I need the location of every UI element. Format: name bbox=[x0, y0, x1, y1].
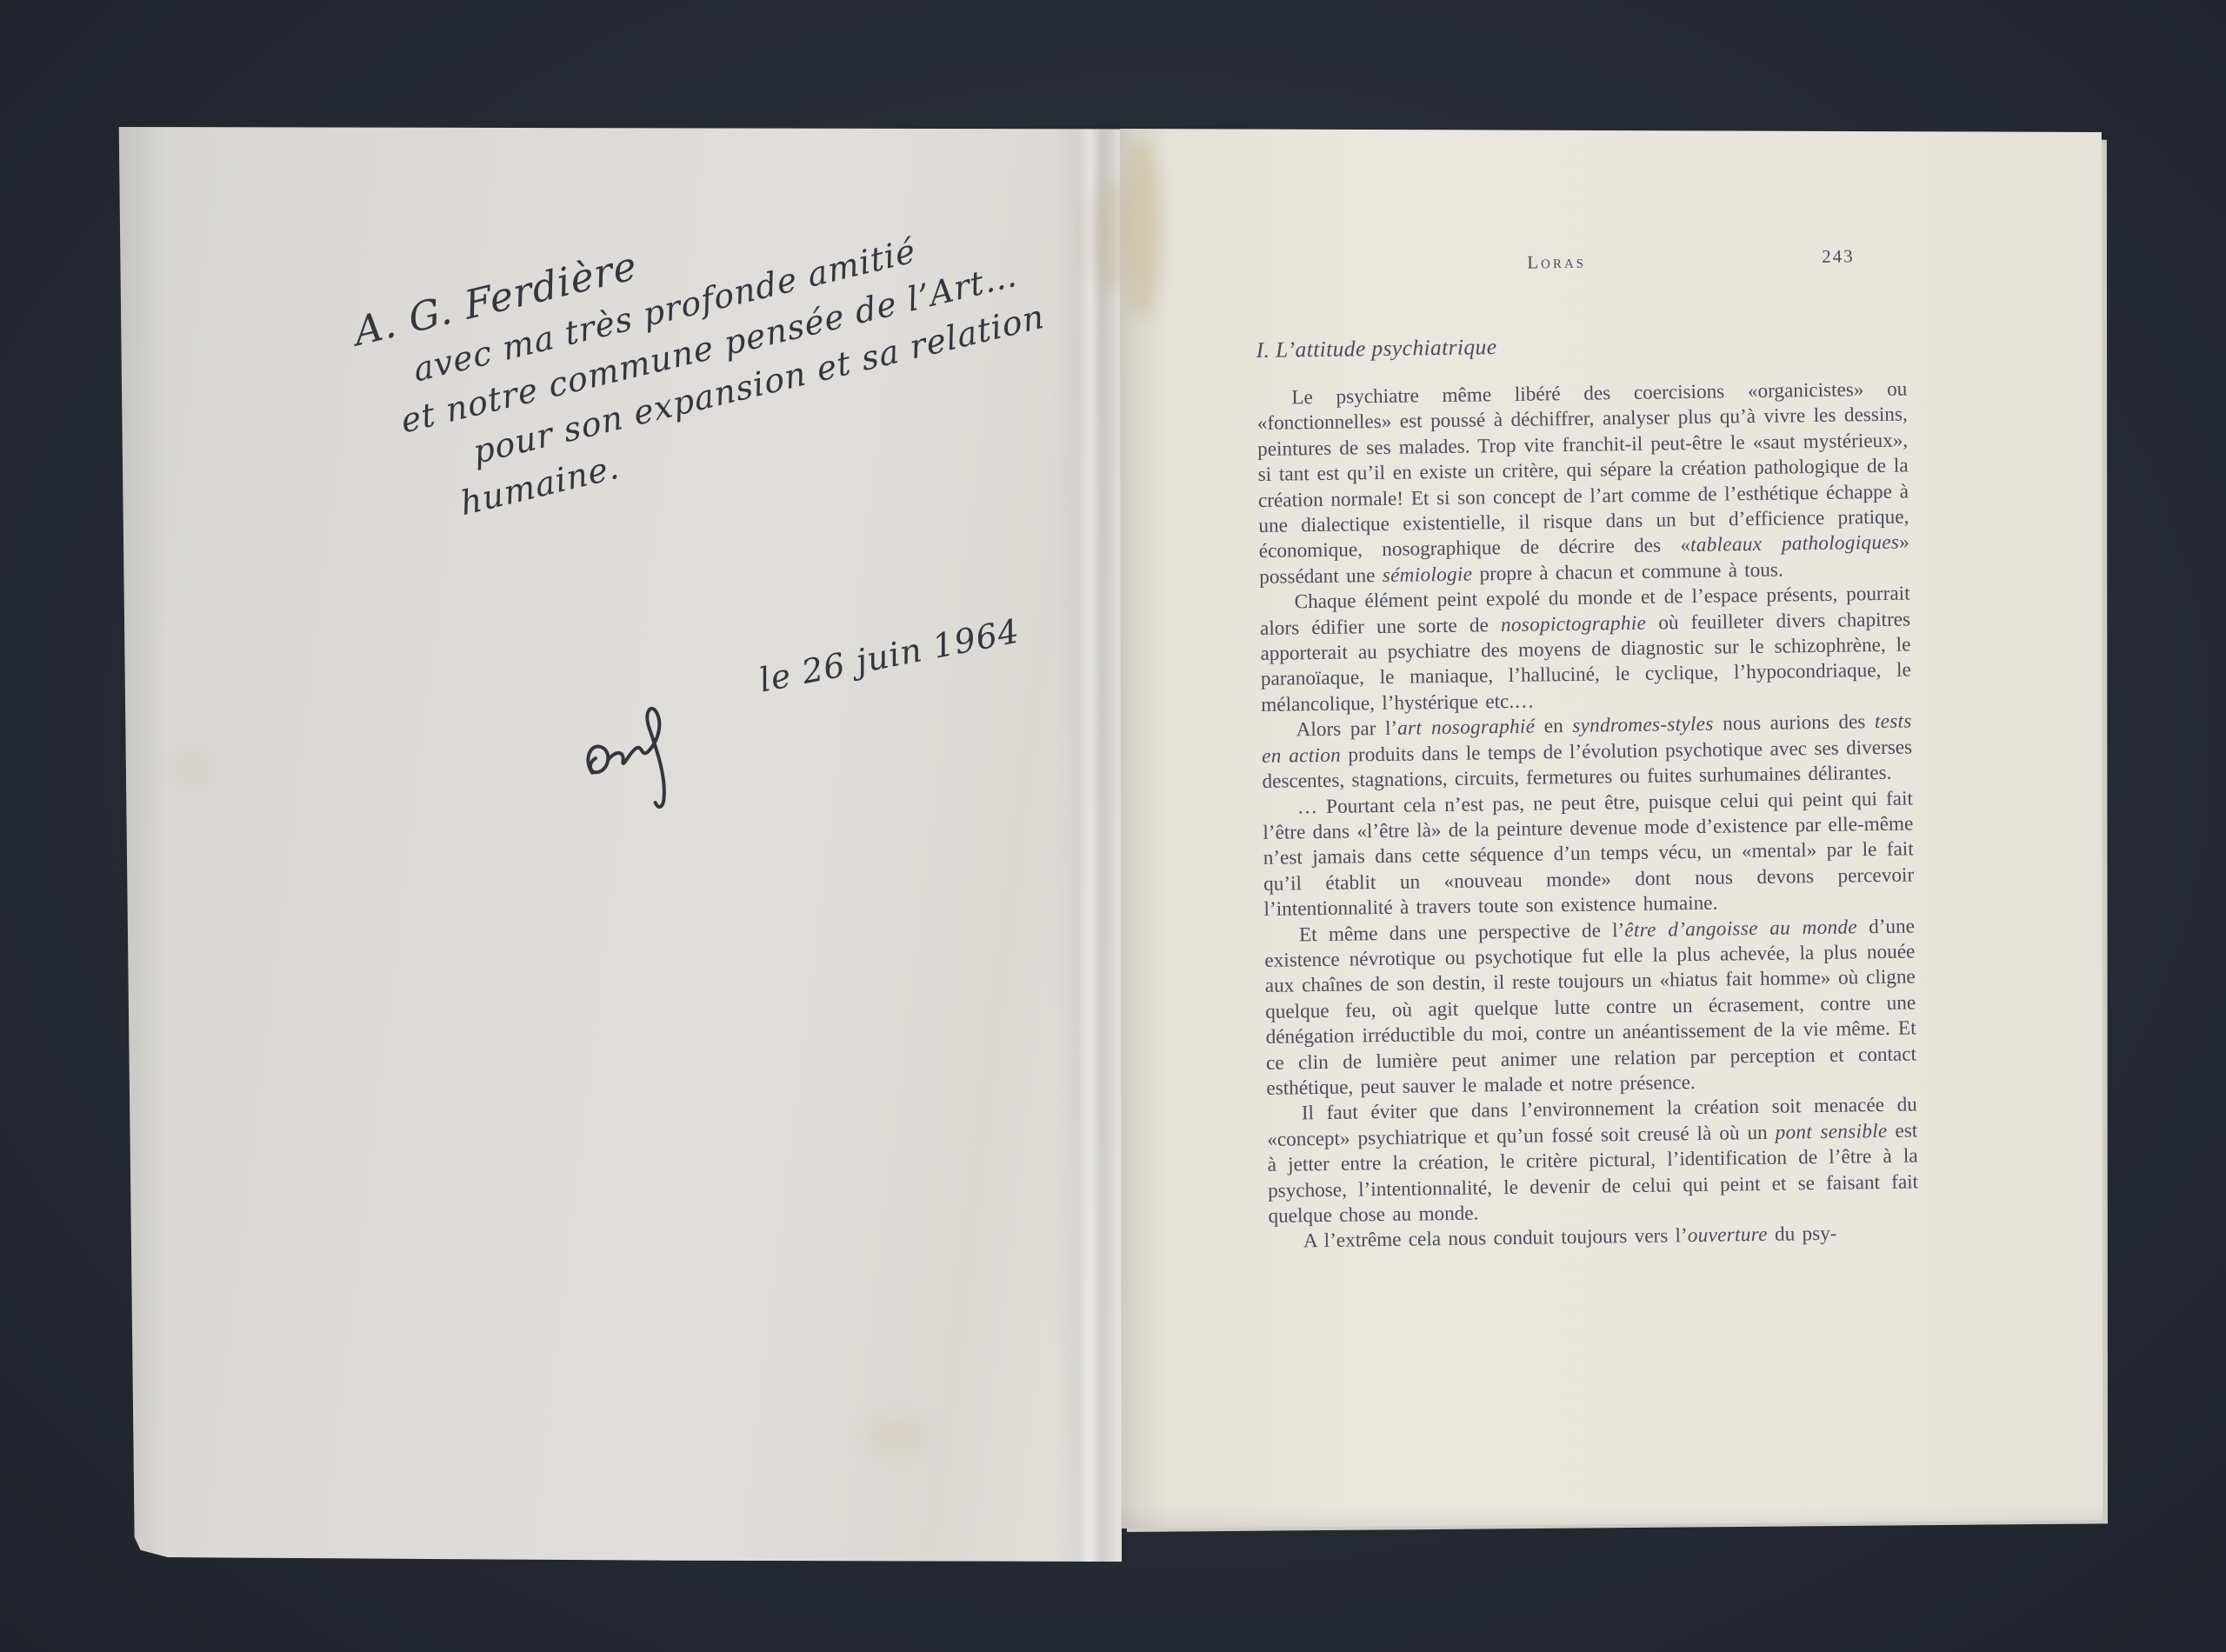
signature-scrawl bbox=[568, 682, 723, 830]
photo-stage: A. G. Ferdièreavec ma très profonde amit… bbox=[0, 0, 2226, 1652]
paper-stain bbox=[1122, 137, 1162, 320]
running-head: Loras bbox=[1527, 251, 1586, 274]
page-number: 243 bbox=[1822, 245, 1855, 268]
body-text: Le psychiatre même libéré des coercision… bbox=[1256, 377, 1919, 1256]
paragraph: Le psychiatre même libéré des coercision… bbox=[1256, 377, 1909, 591]
paragraph: Chaque élément peint expolé du monde et … bbox=[1259, 582, 1911, 718]
paragraph: Et même dans une perspective de l’être d… bbox=[1264, 914, 1917, 1102]
paper-stain bbox=[865, 1414, 926, 1457]
paragraph: … Pourtant cela n’est pas, ne peut être,… bbox=[1263, 786, 1915, 923]
section-heading: I. L’attitude psychiatrique bbox=[1256, 329, 1906, 363]
left-page-edge-shade bbox=[117, 127, 170, 1562]
paragraph: Alors par l’art nosographié en syndromes… bbox=[1262, 709, 1913, 796]
handwritten-inscription: A. G. Ferdièreavec ma très profonde amit… bbox=[350, 147, 1050, 546]
paragraph: Il faut éviter que dans l’environnement … bbox=[1267, 1093, 1919, 1229]
left-page-fold-crease bbox=[1052, 127, 1115, 1562]
inscription-date: le 26 juin 1964 bbox=[756, 611, 1023, 699]
printed-text-area: Loras 243 I. L’attitude psychiatrique Le… bbox=[1255, 242, 1919, 1256]
right-page: Loras 243 I. L’attitude psychiatrique Le… bbox=[1120, 129, 2103, 1529]
left-page: A. G. Ferdièreavec ma très profonde amit… bbox=[117, 127, 1122, 1562]
running-head-row: Loras 243 bbox=[1255, 242, 1906, 289]
paper-stain bbox=[178, 753, 210, 784]
